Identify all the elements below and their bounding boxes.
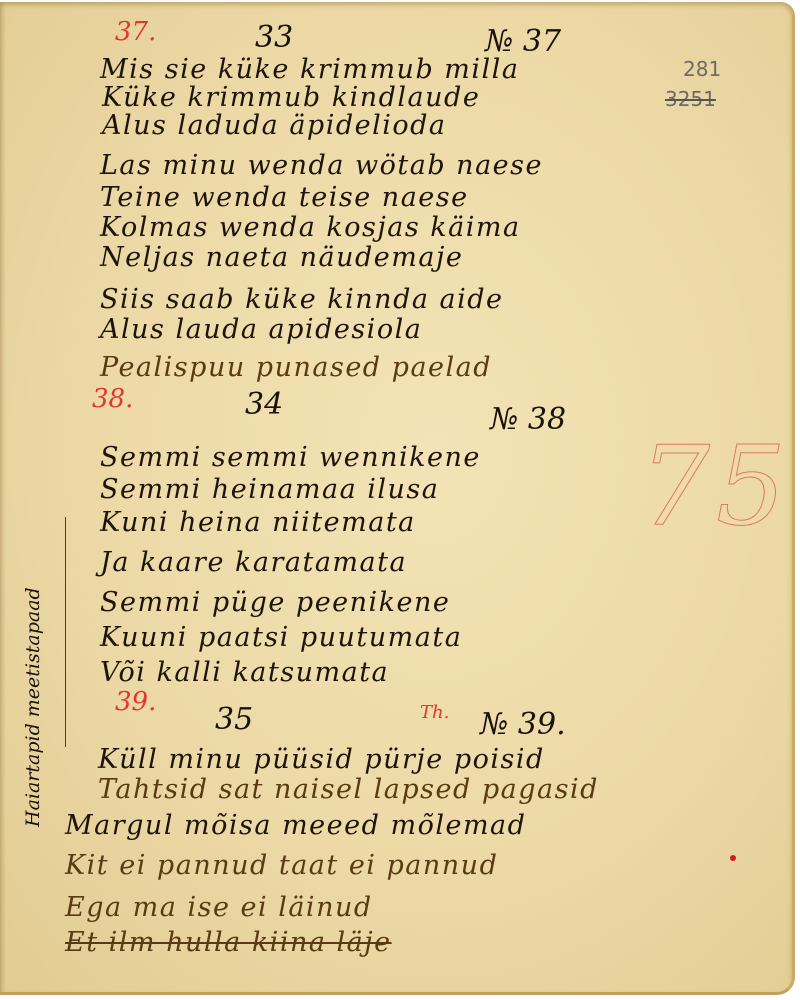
margin-bracket bbox=[57, 517, 66, 747]
song-number: № 39. bbox=[480, 707, 566, 742]
verse-line-struck: Et ilm hulla kiina läje bbox=[65, 927, 392, 958]
verse-line: Margul mõisa meeed mõlemad bbox=[65, 810, 526, 841]
margin-note: Haiartapid meetistapaad bbox=[22, 587, 44, 827]
verse-line: Kuni heina niitemata bbox=[100, 507, 416, 538]
verse-line: Tahtsid sat naisel lapsed pagasid bbox=[98, 774, 599, 805]
verse-line: Kolmas wenda kosjas käima bbox=[100, 212, 521, 243]
red-song-number: 38. bbox=[92, 384, 133, 414]
verse-line: Kit ei pannud taat ei pannud bbox=[65, 850, 498, 881]
song-number: № 38 bbox=[490, 402, 566, 437]
page-number: 35 bbox=[215, 702, 253, 737]
manuscript-page: 281 3251 37. 33 № 37 Mis sie küke krimmu… bbox=[0, 2, 795, 995]
red-song-number: 39. bbox=[115, 687, 156, 717]
red-annotation: Th. bbox=[420, 702, 449, 723]
verse-line: Ja kaare karatamata bbox=[100, 547, 407, 578]
red-song-number: 37. bbox=[115, 17, 156, 47]
verse-line: Las minu wenda wötab naese bbox=[100, 150, 543, 181]
verse-line: Küll minu püüsid pürje poisid bbox=[98, 744, 545, 775]
verse-line: Või kalli katsumata bbox=[100, 657, 389, 688]
verse-line: Küke krimmub kindlaude bbox=[102, 82, 480, 113]
verse-line: Teine wenda teise naese bbox=[100, 182, 469, 213]
dotted-page-mark: 75 bbox=[640, 422, 792, 550]
page-number: 33 bbox=[255, 20, 293, 55]
verse-line: Pealispuu punased paelad bbox=[100, 352, 492, 383]
verse-line: Kuuni paatsi puutumata bbox=[100, 622, 462, 653]
red-dot-mark bbox=[730, 855, 736, 861]
verse-line: Semmi püge peenikene bbox=[100, 587, 450, 618]
page-number: 34 bbox=[245, 387, 283, 422]
verse-line: Alus lauda apidesiola bbox=[100, 314, 422, 345]
verse-line: Alus laduda äpidelioda bbox=[102, 110, 447, 141]
verse-line: Neljas naeta näudemaje bbox=[100, 242, 463, 273]
verse-line: Semmi semmi wennikene bbox=[100, 442, 481, 473]
verse-line: Ega ma ise ei läinud bbox=[65, 892, 373, 923]
archive-number: 281 bbox=[683, 57, 721, 81]
verse-line: Siis saab küke kinnda aide bbox=[100, 284, 504, 315]
archive-number-struck: 3251 bbox=[665, 87, 716, 111]
verse-line: Mis sie küke krimmub milla bbox=[100, 54, 519, 85]
verse-line: Semmi heinamaa ilusa bbox=[100, 474, 439, 505]
